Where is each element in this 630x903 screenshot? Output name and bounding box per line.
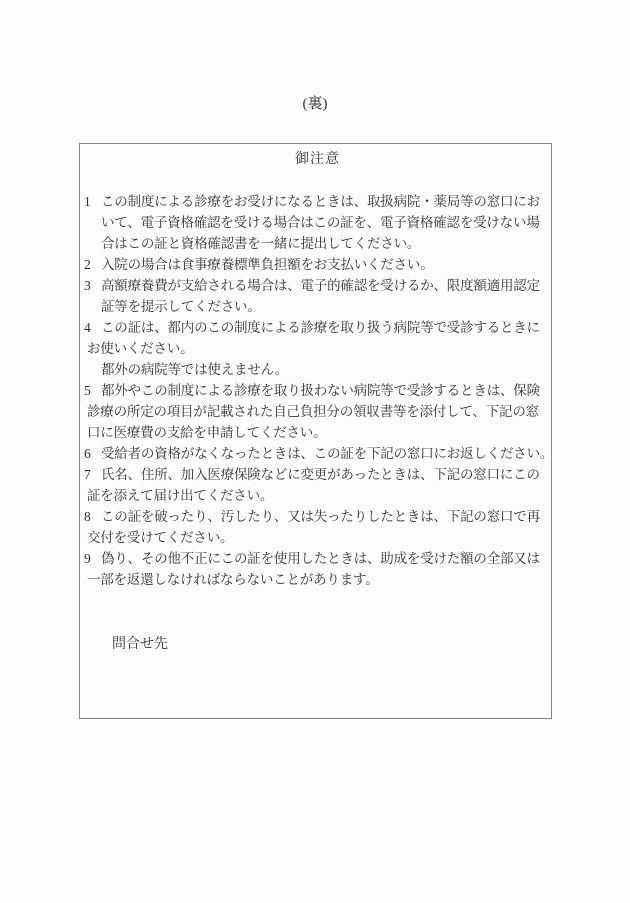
notice-line-text: 都外の病院等では使えません。 — [101, 362, 288, 377]
notice-line-1-cont: いて、電子資格確認を受ける場合はこの証を、電子資格確認を受けない場 — [84, 212, 551, 233]
item-number-4: 4 — [84, 317, 101, 338]
notice-line-9: 9偽り、その他不正にこの証を使用したときは、助成を受けた額の全部又は — [84, 548, 551, 569]
item-number-8: 8 — [84, 506, 101, 527]
notice-line-7: 7氏名、住所、加入医療保険などに変更があったときは、下記の窓口にこの — [84, 464, 551, 485]
notice-line-text: 診療の所定の項目が記載された自己負担分の領収書等を添付して、下記の窓 — [87, 404, 539, 419]
item-number-2: 2 — [84, 254, 101, 275]
notice-line-text: 証を添えて届け出てください。 — [87, 488, 273, 503]
item-number-7: 7 — [84, 464, 101, 485]
item-number-6: 6 — [84, 443, 101, 464]
notice-line-4-cont: お使いください。 — [84, 338, 551, 359]
notice-line-text: 高額療養費が支給される場合は、電子的確認を受けるか、限度額適用認定 — [101, 278, 540, 293]
notice-line-3-cont: 証等を提示してください。 — [84, 296, 551, 317]
contact-label: 問合せ先 — [84, 634, 551, 655]
notice-line-4: 4この証は、都内のこの制度による診療を取り扱う病院等で受診するときに — [84, 317, 551, 338]
notice-line-9-cont: 一部を返還しなければならないことがあります。 — [84, 569, 551, 590]
notice-line-7-cont: 証を添えて届け出てください。 — [84, 485, 551, 506]
notice-line-5: 5都外やこの制度による診療を取り扱わない病院等で受診するときは、保険 — [84, 380, 551, 401]
notice-line-text: 氏名、住所、加入医療保険などに変更があったときは、下記の窓口にこの — [101, 467, 540, 482]
notice-line-text: この証は、都内のこの制度による診療を取り扱う病院等で受診するときに — [101, 320, 540, 335]
notice-box: 御注意 1この制度による診療をお受けになるときは、取扱病院・薬局等の窓口にお い… — [79, 143, 552, 719]
item-number-1: 1 — [84, 191, 101, 212]
notice-line-text: 交付を受けてください。 — [87, 530, 233, 545]
notice-line-text: この証を破ったり、汚したり、又は失ったりしたときは、下記の窓口で再 — [101, 509, 540, 524]
notice-line-4-cont: 都外の病院等では使えません。 — [84, 359, 551, 380]
notice-line-1: 1この制度による診療をお受けになるときは、取扱病院・薬局等の窓口にお — [84, 191, 551, 212]
item-number-5: 5 — [84, 380, 101, 401]
notice-line-5-cont: 口に医療費の支給を申請してください。 — [84, 422, 551, 443]
notice-line-5-cont: 診療の所定の項目が記載された自己負担分の領収書等を添付して、下記の窓 — [84, 401, 551, 422]
notice-line-text: 合はこの証と資格確認書を一緒に提出してください。 — [101, 236, 420, 251]
notice-line-8-cont: 交付を受けてください。 — [84, 527, 551, 548]
notice-line-text: 偽り、その他不正にこの証を使用したときは、助成を受けた額の全部又は — [101, 551, 540, 566]
notice-line-2: 2入院の場合は食事療養標準負担額をお支払いください。 — [84, 254, 551, 275]
page-side-label: (裏) — [0, 95, 630, 113]
notice-line-8: 8この証を破ったり、汚したり、又は失ったりしたときは、下記の窓口で再 — [84, 506, 551, 527]
notice-title: 御注意 — [84, 150, 551, 170]
item-number-3: 3 — [84, 275, 101, 296]
notice-line-text: 入院の場合は食事療養標準負担額をお支払いください。 — [101, 257, 434, 272]
notice-line-text: 都外やこの制度による診療を取り扱わない病院等で受診するときは、保険 — [101, 383, 540, 398]
notice-line-text: いて、電子資格確認を受ける場合はこの証を、電子資格確認を受けない場 — [101, 215, 540, 230]
notice-line-6: 6受給者の資格がなくなったときは、この証を下記の窓口にお返しください。 — [84, 443, 551, 464]
notice-line-text: 口に医療費の支給を申請してください。 — [87, 425, 326, 440]
notice-line-3: 3高額療養費が支給される場合は、電子的確認を受けるか、限度額適用認定 — [84, 275, 551, 296]
notice-line-text: 受給者の資格がなくなったときは、この証を下記の窓口にお返しください。 — [101, 446, 553, 461]
notice-line-text: 証等を提示してください。 — [101, 299, 261, 314]
notice-line-text: お使いください。 — [87, 341, 193, 356]
item-number-9: 9 — [84, 548, 101, 569]
notice-line-text: 一部を返還しなければならないことがあります。 — [87, 572, 379, 587]
notice-line-text: この制度による診療をお受けになるときは、取扱病院・薬局等の窓口にお — [101, 194, 540, 209]
notice-line-1-cont: 合はこの証と資格確認書を一緒に提出してください。 — [84, 233, 551, 254]
notice-list: 1この制度による診療をお受けになるときは、取扱病院・薬局等の窓口にお いて、電子… — [84, 191, 551, 590]
